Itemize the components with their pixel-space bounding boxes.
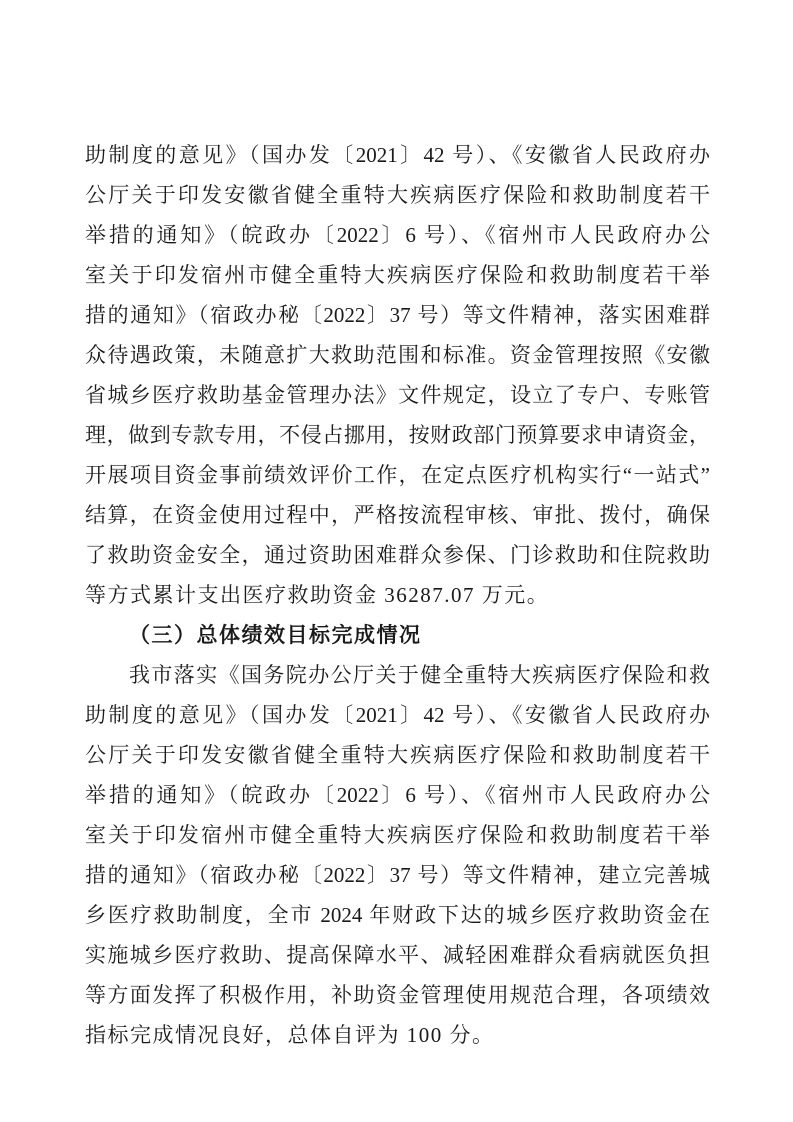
text-line: 公厅关于印发安徽省健全重特大疾病医疗保险和救助制度若干: [85, 175, 710, 215]
section-heading: （三）总体绩效目标完成情况: [85, 615, 710, 655]
text-block: 助制度的意见》（国办发〔2021〕42 号）、《安徽省人民政府办 公厅关于印发安…: [85, 135, 710, 1055]
text-line: 助制度的意见》（国办发〔2021〕42 号）、《安徽省人民政府办: [85, 135, 710, 175]
text-line: 实施城乡医疗救助、提高保障水平、减轻困难群众看病就医负担: [85, 935, 710, 975]
paragraph-end-line: 指标完成情况良好，总体自评为 100 分。: [85, 1015, 710, 1055]
text-line: 众待遇政策，未随意扩大救助范围和标准。资金管理按照《安徽: [85, 335, 710, 375]
text-line: 理，做到专款专用，不侵占挪用，按财政部门预算要求申请资金，: [85, 415, 710, 455]
text-line: 乡医疗救助制度，全市 2024 年财政下达的城乡医疗救助资金在: [85, 895, 710, 935]
text-line: 措的通知》（宿政办秘〔2022〕37 号）等文件精神，建立完善城: [85, 855, 710, 895]
text-line: 了救助资金安全，通过资助困难群众参保、门诊救助和住院救助: [85, 535, 710, 575]
text-line: 举措的通知》（皖政办〔2022〕6 号）、《宿州市人民政府办公: [85, 775, 710, 815]
text-line: 公厅关于印发安徽省健全重特大疾病医疗保险和救助制度若干: [85, 735, 710, 775]
text-line: 室关于印发宿州市健全重特大疾病医疗保险和救助制度若干举: [85, 815, 710, 855]
text-line: 室关于印发宿州市健全重特大疾病医疗保险和救助制度若干举: [85, 255, 710, 295]
text-line: 等方面发挥了积极作用，补助资金管理使用规范合理，各项绩效: [85, 975, 710, 1015]
text-line: 助制度的意见》（国办发〔2021〕42 号）、《安徽省人民政府办: [85, 695, 710, 735]
text-line: 措的通知》（宿政办秘〔2022〕37 号）等文件精神，落实困难群: [85, 295, 710, 335]
paragraph-start-line: 我市落实《国务院办公厅关于健全重特大疾病医疗保险和救: [85, 655, 710, 695]
text-line: 开展项目资金事前绩效评价工作，在定点医疗机构实行“一站式”: [85, 455, 710, 495]
paragraph-end-line: 等方式累计支出医疗救助资金 36287.07 万元。: [85, 575, 710, 615]
document-page: 助制度的意见》（国办发〔2021〕42 号）、《安徽省人民政府办 公厅关于印发安…: [0, 0, 793, 1122]
text-line: 结算，在资金使用过程中，严格按流程审核、审批、拨付，确保: [85, 495, 710, 535]
text-line: 举措的通知》（皖政办〔2022〕6 号）、《宿州市人民政府办公: [85, 215, 710, 255]
text-line: 省城乡医疗救助基金管理办法》文件规定，设立了专户、专账管: [85, 375, 710, 415]
